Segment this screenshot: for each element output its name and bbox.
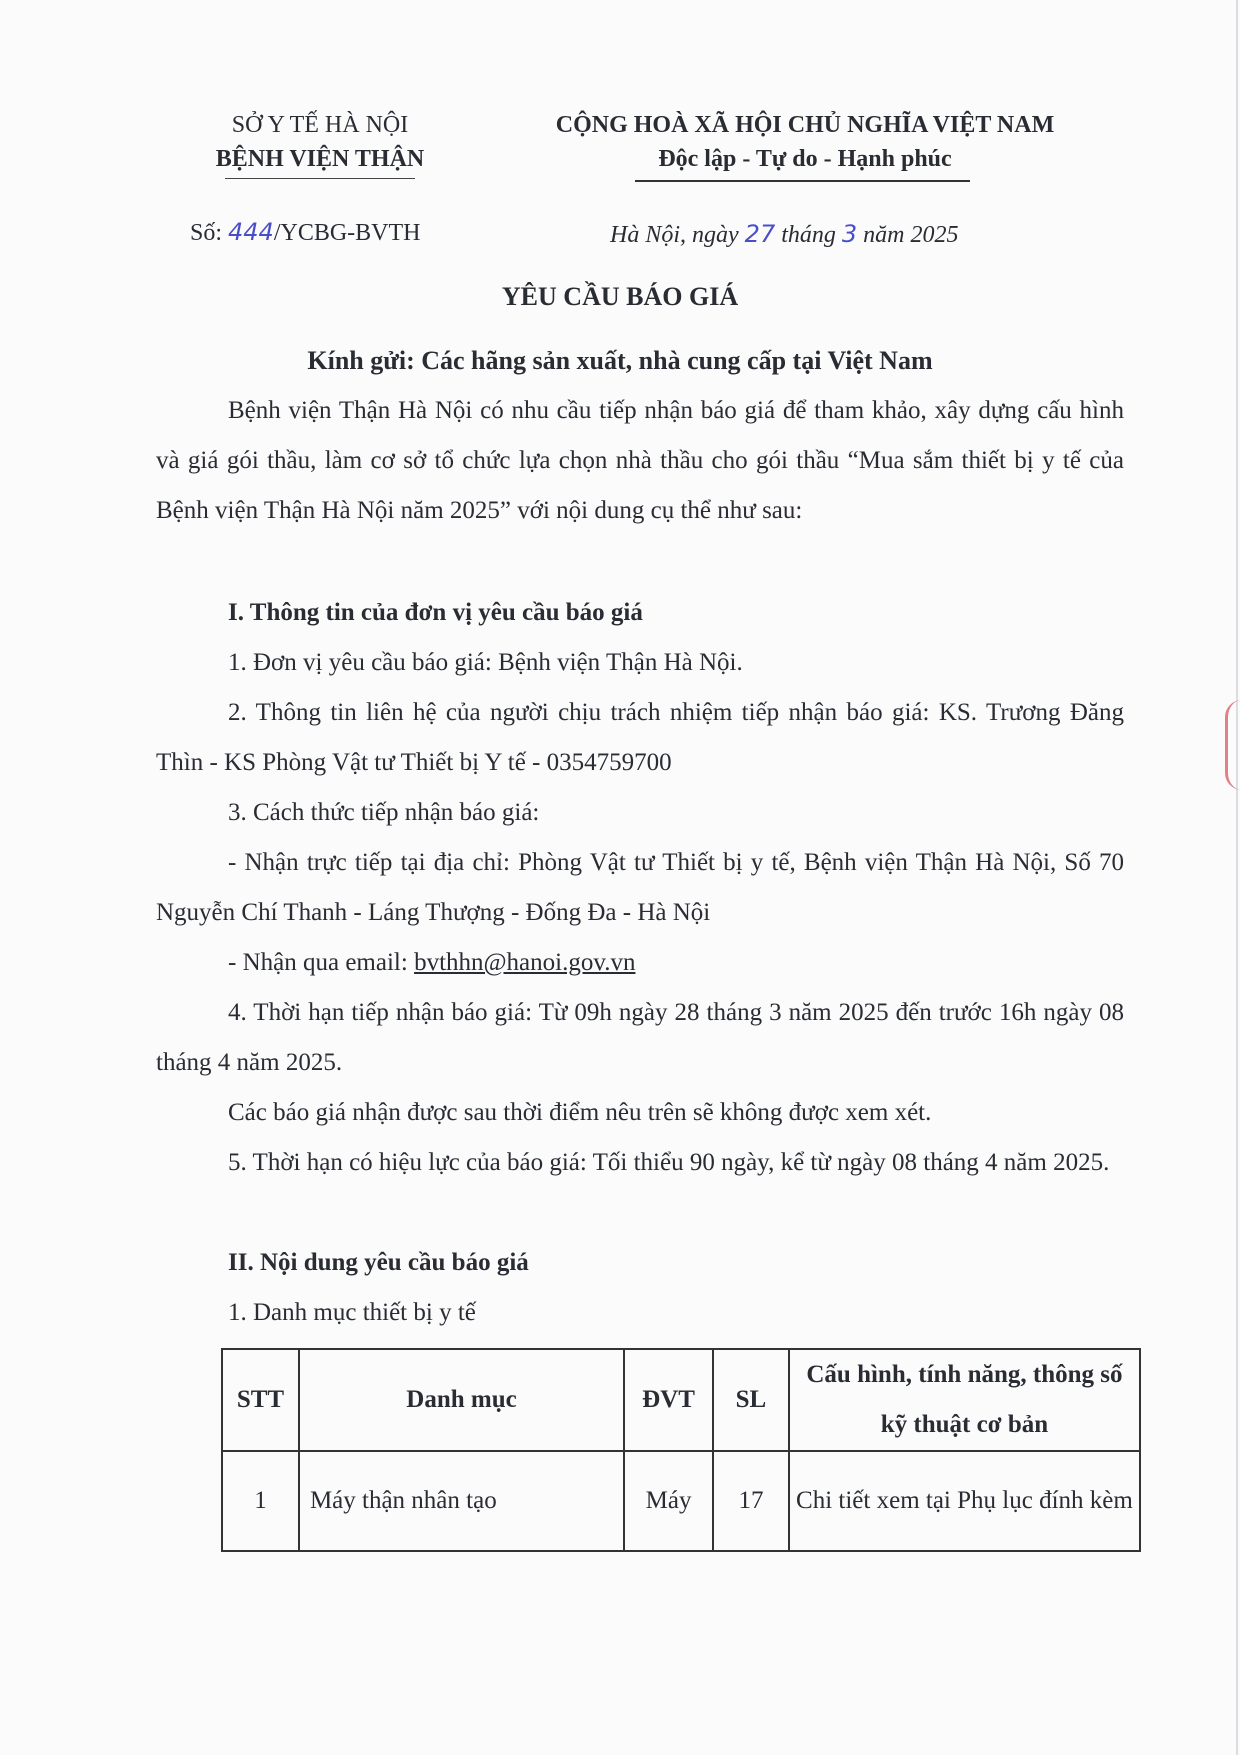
header-category: Danh mục [299, 1349, 624, 1451]
cell-category: Máy thận nhân tạo [299, 1451, 624, 1551]
header-quantity: SL [713, 1349, 789, 1451]
section1-heading: I. Thông tin của đơn vị yêu cầu báo giá [156, 588, 1124, 638]
nation-title: CỘNG HOÀ XÃ HỘI CHỦ NGHĨA VIỆT NAM [540, 112, 1070, 139]
date-month-handwritten: 3 [842, 220, 857, 248]
doc-number: Số: 444/YCBG-BVTH [190, 218, 421, 247]
org-name: BỆNH VIỆN THẬN [180, 146, 460, 173]
doc-number-handwritten: 444 [228, 218, 274, 246]
header-specs: Cấu hình, tính năng, thông số kỹ thuật c… [789, 1349, 1140, 1451]
date-year: năm 2025 [863, 222, 958, 248]
page-edge [1236, 0, 1238, 1755]
motto-underline [635, 180, 970, 182]
header-unit: ĐVT [624, 1349, 713, 1451]
recipient-line: Kính gửi: Các hãng sản xuất, nhà cung cấ… [0, 346, 1240, 376]
intro-paragraph: Bệnh viện Thận Hà Nội có nhu cầu tiếp nh… [156, 386, 1124, 536]
cell-unit: Máy [624, 1451, 713, 1551]
equipment-table: STT Danh mục ĐVT SL Cấu hình, tính năng,… [221, 1348, 1141, 1552]
date-month-label: tháng [781, 222, 836, 248]
table-row: 1 Máy thận nhân tạo Máy 17 Chi tiết xem … [222, 1451, 1140, 1551]
cell-stt: 1 [222, 1451, 299, 1551]
date-line: Hà Nội, ngày 27 tháng 3 năm 2025 [610, 220, 959, 249]
email-link[interactable]: bvthhn@hanoi.gov.vn [414, 949, 635, 976]
section1-item2: 2. Thông tin liên hệ của người chịu trác… [156, 688, 1124, 788]
motto: Độc lập - Tự do - Hạnh phúc [540, 146, 1070, 173]
doc-number-suffix: /YCBG-BVTH [274, 220, 421, 246]
section1-item5: 5. Thời hạn có hiệu lực của báo giá: Tối… [156, 1138, 1124, 1188]
date-prefix: Hà Nội, ngày [610, 222, 739, 248]
table-header-row: STT Danh mục ĐVT SL Cấu hình, tính năng,… [222, 1349, 1140, 1451]
section2-heading: II. Nội dung yêu cầu báo giá [156, 1238, 1124, 1288]
section1-item1: 1. Đơn vị yêu cầu báo giá: Bệnh viện Thậ… [156, 638, 1124, 688]
section2-sub1: 1. Danh mục thiết bị y tế [156, 1288, 1124, 1338]
section1-item3-email-line: - Nhận qua email: bvthhn@hanoi.gov.vn [156, 938, 1124, 988]
header-stt: STT [222, 1349, 299, 1451]
date-day-handwritten: 27 [745, 220, 776, 248]
section1-item3-direct: - Nhận trực tiếp tại địa chỉ: Phòng Vật … [156, 838, 1124, 938]
cell-quantity: 17 [713, 1451, 789, 1551]
document-title: YÊU CẦU BÁO GIÁ [0, 282, 1240, 312]
org-parent: SỞ Y TẾ HÀ NỘI [180, 112, 460, 139]
org-underline [225, 178, 415, 179]
section1-item4: 4. Thời hạn tiếp nhận báo giá: Từ 09h ng… [156, 988, 1124, 1088]
cell-specs: Chi tiết xem tại Phụ lục đính kèm [789, 1451, 1140, 1551]
section1-item3: 3. Cách thức tiếp nhận báo giá: [156, 788, 1124, 838]
doc-number-prefix: Số: [190, 220, 222, 246]
section1-item4-note: Các báo giá nhận được sau thời điểm nêu … [156, 1088, 1124, 1138]
red-stamp-fragment [1225, 700, 1240, 790]
email-label: - Nhận qua email: [228, 949, 408, 976]
